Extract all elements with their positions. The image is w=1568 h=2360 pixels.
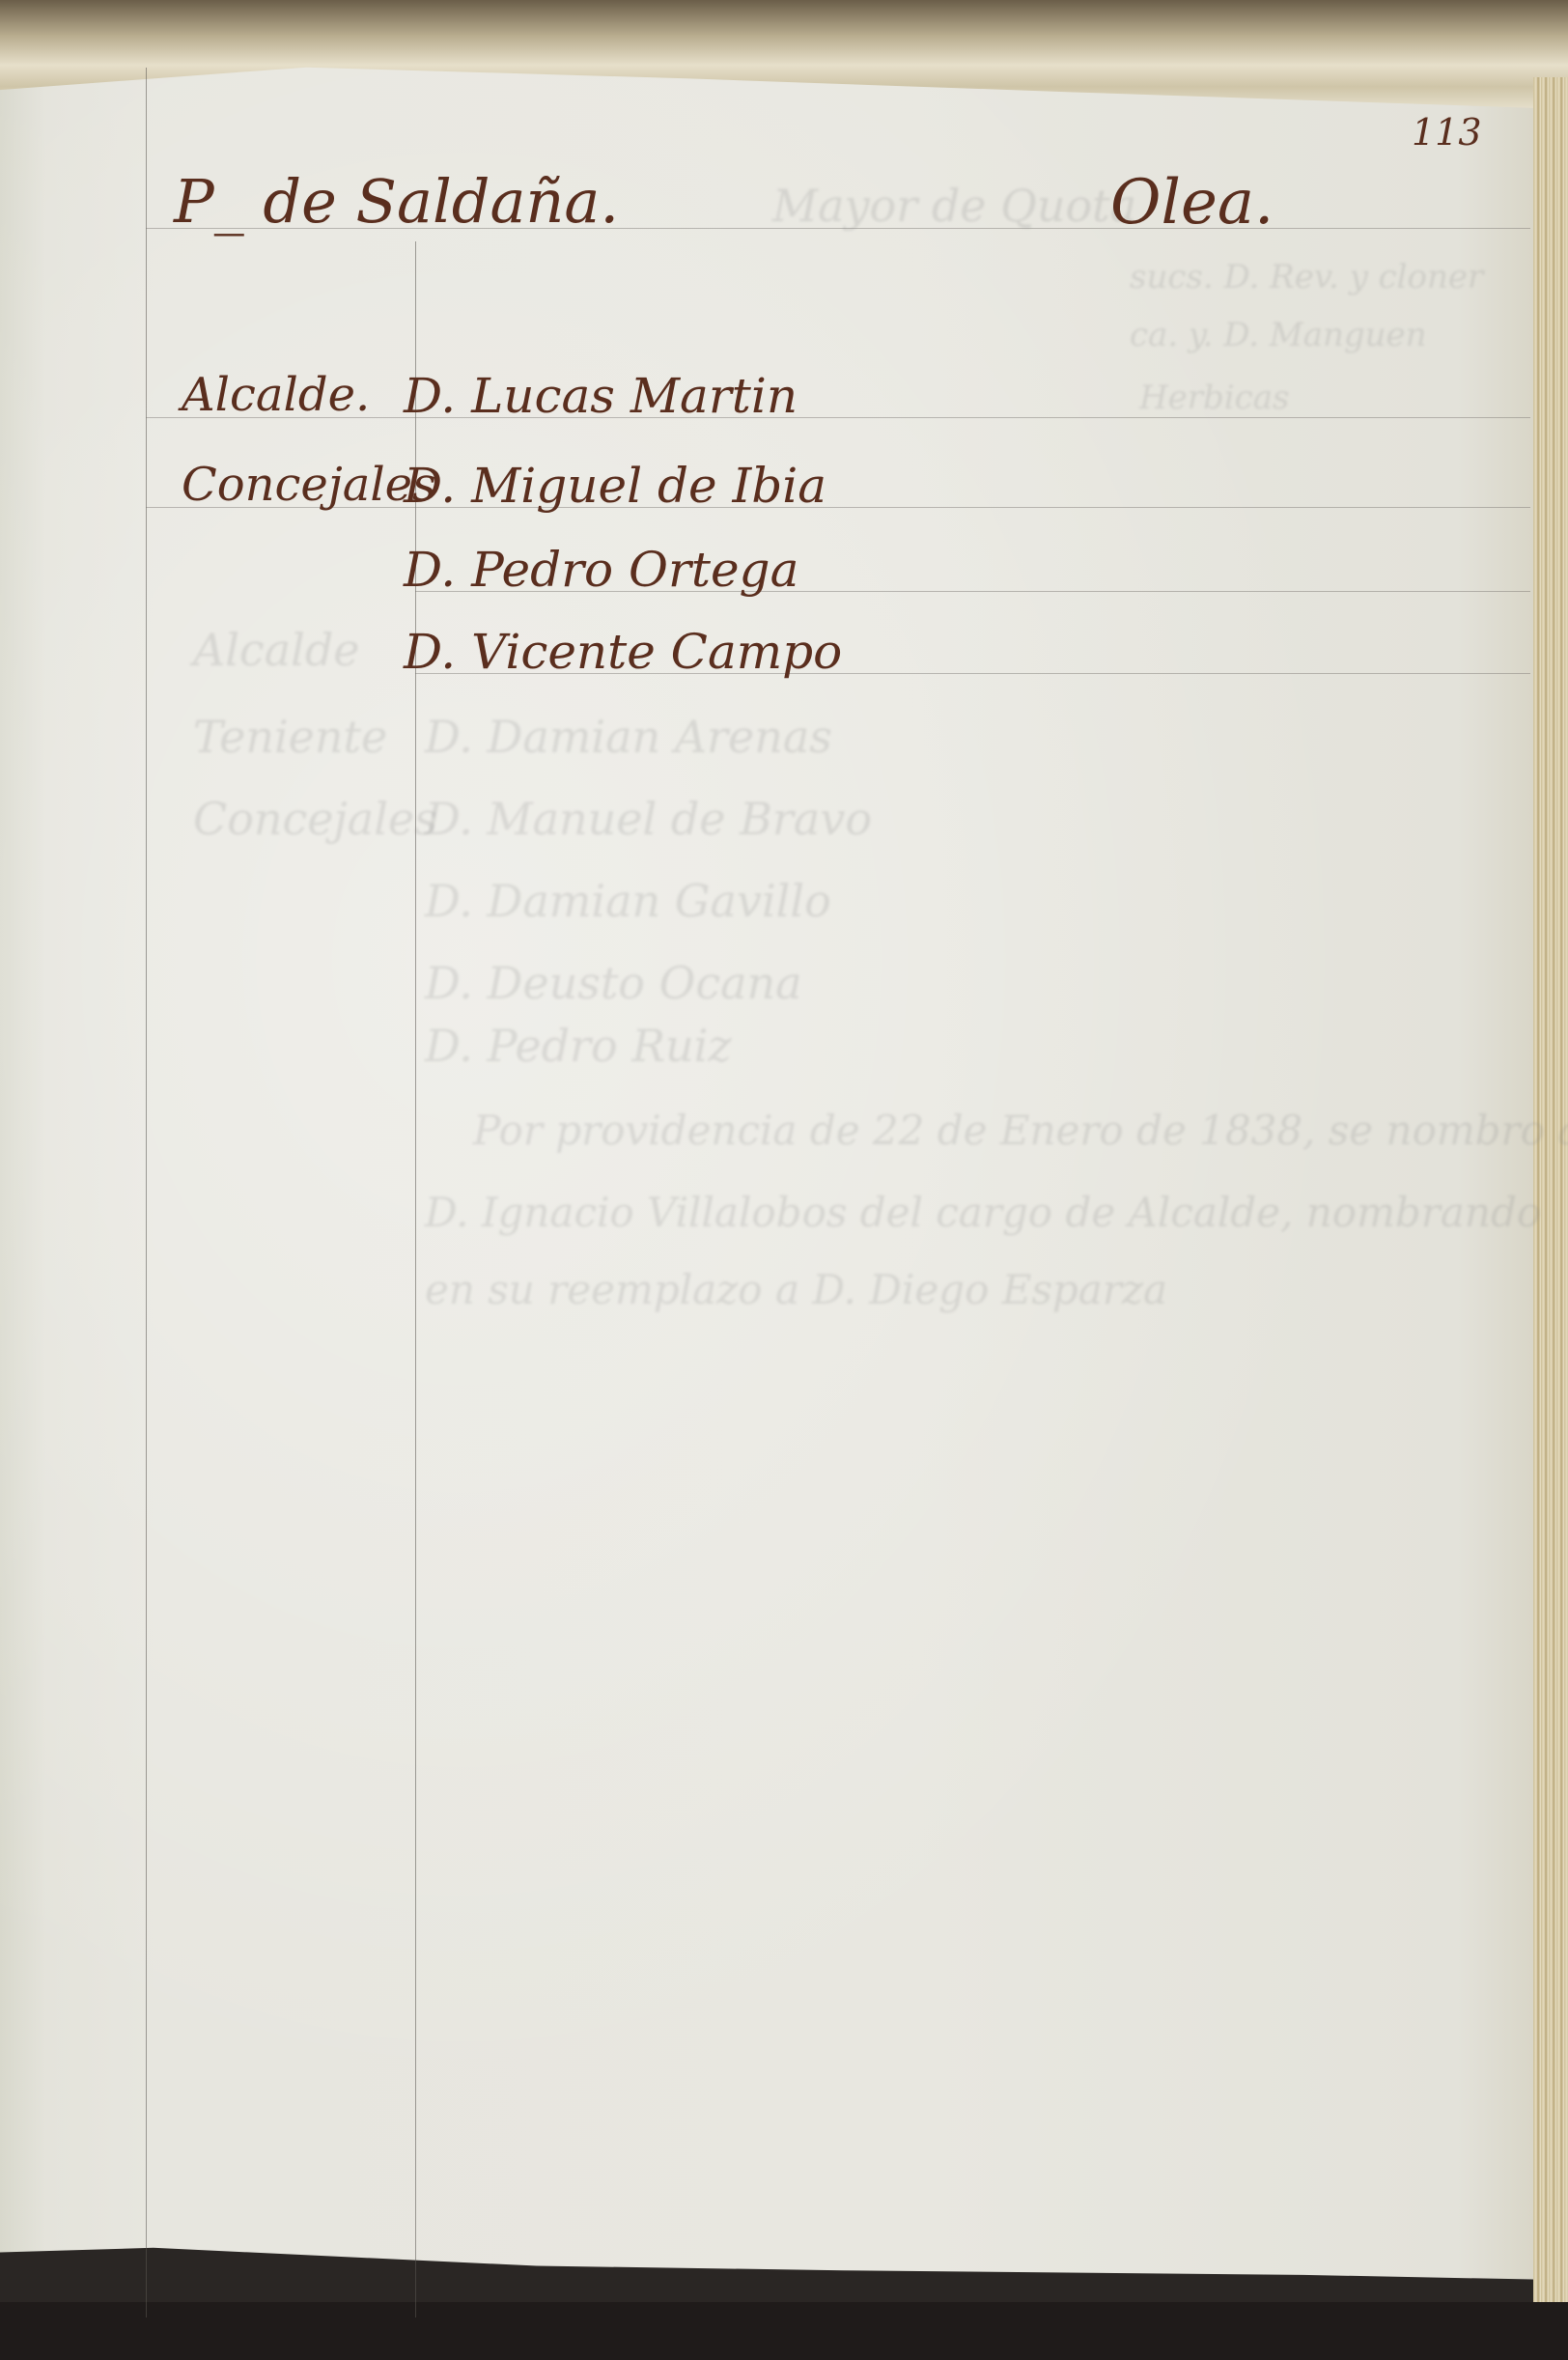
- person-title: Olea.: [1110, 172, 1274, 234]
- bleed-through-text: Por providencia de 22 de Enero de 1838, …: [473, 1110, 1568, 1151]
- page-number: 113: [1412, 114, 1482, 151]
- bleed-through-text: Herbicas: [1139, 381, 1289, 414]
- place-title: P_ de Saldaña.: [174, 172, 619, 232]
- bleed-through-text: Teniente: [193, 715, 387, 759]
- bleed-through-text: D. Deusto Ocana: [425, 961, 802, 1005]
- bleed-through-text: Concejales: [193, 797, 437, 841]
- bleed-through-text: ca. y. D. Manguen: [1130, 319, 1427, 351]
- bleed-through-text: D. Damian Arenas: [425, 715, 832, 759]
- bleed-through-text: en su reemplazo a D. Diego Esparza: [425, 1270, 1167, 1310]
- bleed-through-text: sucs. D. Rev. y cloner: [1130, 261, 1483, 294]
- bleed-through-text: Alcalde: [193, 628, 360, 672]
- bleed-through-text: D. Manuel de Bravo: [425, 797, 872, 841]
- left-margin-rule: [146, 68, 147, 2318]
- bleed-through-text: D. Ignacio Villalobos del cargo de Alcal…: [425, 1193, 1541, 1233]
- entry-name: D. Lucas Martin: [404, 372, 798, 420]
- role-label-concejales: Concejales: [182, 462, 436, 508]
- bleed-through-text: Mayor de Quota: [772, 183, 1136, 228]
- entry-name: D. Vicente Campo: [404, 628, 842, 676]
- background-surface: [0, 2302, 1568, 2360]
- bleed-through-text: D. Pedro Ruiz: [425, 1024, 732, 1068]
- role-label-alcalde: Alcalde.: [182, 372, 370, 418]
- entry-name: D. Pedro Ortega: [404, 546, 798, 594]
- entry-name: D. Miguel de Ibia: [404, 462, 826, 510]
- bleed-through-text: D. Damian Gavillo: [425, 879, 831, 923]
